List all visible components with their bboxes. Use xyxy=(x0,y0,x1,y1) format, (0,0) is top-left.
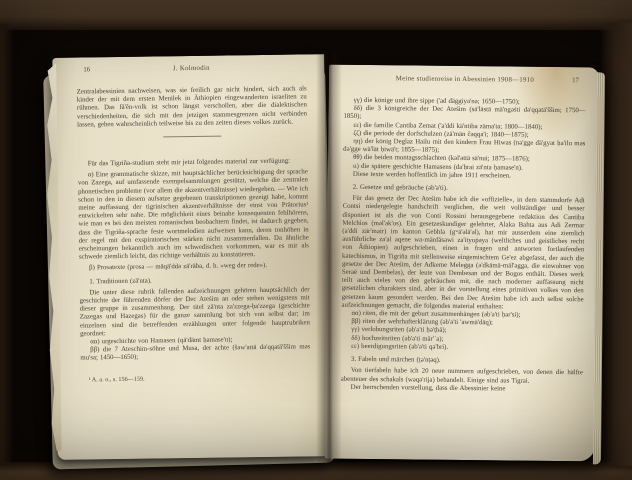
list-item: εε) beerdigungsriten (ǝb'ǝ'ti qǝ'bri). xyxy=(341,343,583,354)
subsection-heading: 1. Traditionen (zä'nta). xyxy=(79,275,309,286)
paragraph-gesetze: Für das gesetz der Dec Ateśim habe ich d… xyxy=(342,195,585,312)
paragraph-intro: Für das Tigriña-studium steht mir jetzt … xyxy=(78,157,308,168)
right-page: Meine studienreise in Abessinien 1908—19… xyxy=(325,65,599,462)
page-number: 17 xyxy=(572,77,579,84)
page-number: 16 xyxy=(83,66,90,73)
book-photo: 16 J. Kolmodin Zentralabessinien nachwei… xyxy=(0,0,632,480)
subsection-heading: 2. Gesetze und gebräuche (ǝb'ǝ'ti). xyxy=(343,184,585,195)
section-divider xyxy=(163,136,221,138)
table-surface-left xyxy=(0,24,14,466)
paragraph-alpha: α) Eine grammatische skizze, mit hauptsä… xyxy=(78,169,309,262)
right-page-header: Meine studienreise in Abessinien 1908—19… xyxy=(344,75,586,88)
right-page-content: Meine studienreise in Abessinien 1908—19… xyxy=(341,75,586,394)
left-page-header: 16 J. Kolmodin xyxy=(76,63,306,76)
left-page: 16 J. Kolmodin Zentralabessinien nachwei… xyxy=(52,54,330,460)
left-page-content: 16 J. Kolmodin Zentralabessinien nachwei… xyxy=(76,63,310,383)
list-item: ββ) die 7 Ateschim-söhne und Musa, der a… xyxy=(80,344,310,364)
subsection-heading: 3. Fabeln und märchen (ṭǝ'nṭǝq). xyxy=(341,356,583,367)
table-surface-top xyxy=(0,0,632,30)
paragraph-beta: β) Prosatexte (prosa — mäqä'ddǝ zä'räba,… xyxy=(79,262,309,273)
running-header: Meine studienreise in Abessinien 1908—19… xyxy=(344,75,586,85)
paragraph-last: Der herrschenden vorstellung, dass die A… xyxy=(341,383,583,394)
paragraph-erscheinen: Diese texte werden hoffentlich im jahre … xyxy=(343,171,585,182)
paragraph-traditionen: Die unter diese rubrik fallenden aufzeic… xyxy=(79,286,310,338)
running-header: J. Kolmodin xyxy=(76,63,306,73)
paragraph-continuation: Zentralabessinien nachweisen, was sie fr… xyxy=(77,85,308,129)
footnote: ¹ A. a. o., s. 156—159. xyxy=(81,373,311,384)
